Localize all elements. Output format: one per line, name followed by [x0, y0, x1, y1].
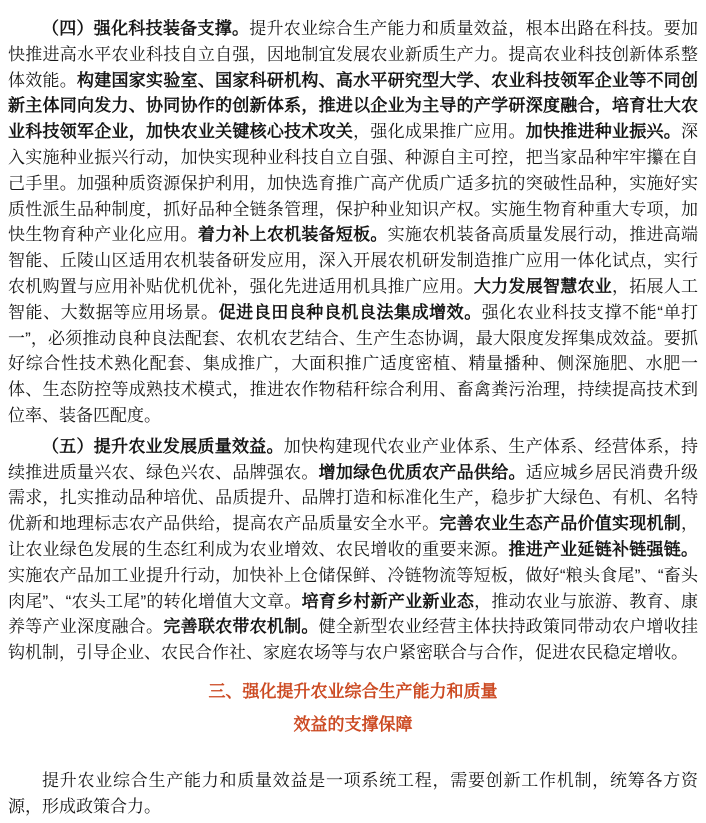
emphasis-text-run: （五）提升农业发展质量效益。: [42, 437, 284, 456]
emphasis-text-run: 推进产业延链补链强链。: [508, 540, 698, 559]
emphasis-text-run: 完善农业生态产品价值实现机制: [439, 514, 681, 533]
paragraph-closing: 提升农业综合生产能力和质量效益是一项系统工程，需要创新工作机制，统筹各方资源，形…: [8, 768, 698, 820]
body-text-run: 提升农业综合生产能力和质量效益是一项系统工程，需要创新工作机制，统筹各方资源，形…: [8, 771, 698, 816]
emphasis-text-run: 促进良田良种良机良法集成增效。: [219, 303, 482, 322]
body-text-run: ，强化成果推广应用。: [353, 122, 526, 141]
emphasis-text-run: 增加绿色优质农产品供给。: [319, 463, 526, 482]
paragraph-section-5: （五）提升农业发展质量效益。加快构建现代农业产业体系、生产体系、经营体系，持续推…: [8, 434, 698, 666]
paragraph-section-4: （四）强化科技装备支撑。提升农业综合生产能力和质量效益，根本出路在科技。要加快推…: [8, 16, 698, 429]
emphasis-text-run: 加快推进种业振兴。: [526, 122, 681, 141]
emphasis-text-run: （四）强化科技装备支撑。: [42, 19, 249, 38]
document-page: （四）强化科技装备支撑。提升农业综合生产能力和质量效益，根本出路在科技。要加快推…: [0, 0, 706, 823]
emphasis-text-run: 培育乡村新产业新业态: [302, 592, 474, 611]
section-3-heading-line-1: 三、强化提升农业综合生产能力和质量: [8, 675, 698, 708]
emphasis-text-run: 着力补上农机装备短板。: [198, 225, 388, 244]
emphasis-text-run: 大力发展智慧农业: [474, 277, 612, 296]
section-3-heading-line-2: 效益的支撑保障: [8, 708, 698, 741]
section-3-heading: 三、强化提升农业综合生产能力和质量 效益的支撑保障: [8, 675, 698, 741]
emphasis-text-run: 完善联农带农机制。: [163, 617, 318, 636]
